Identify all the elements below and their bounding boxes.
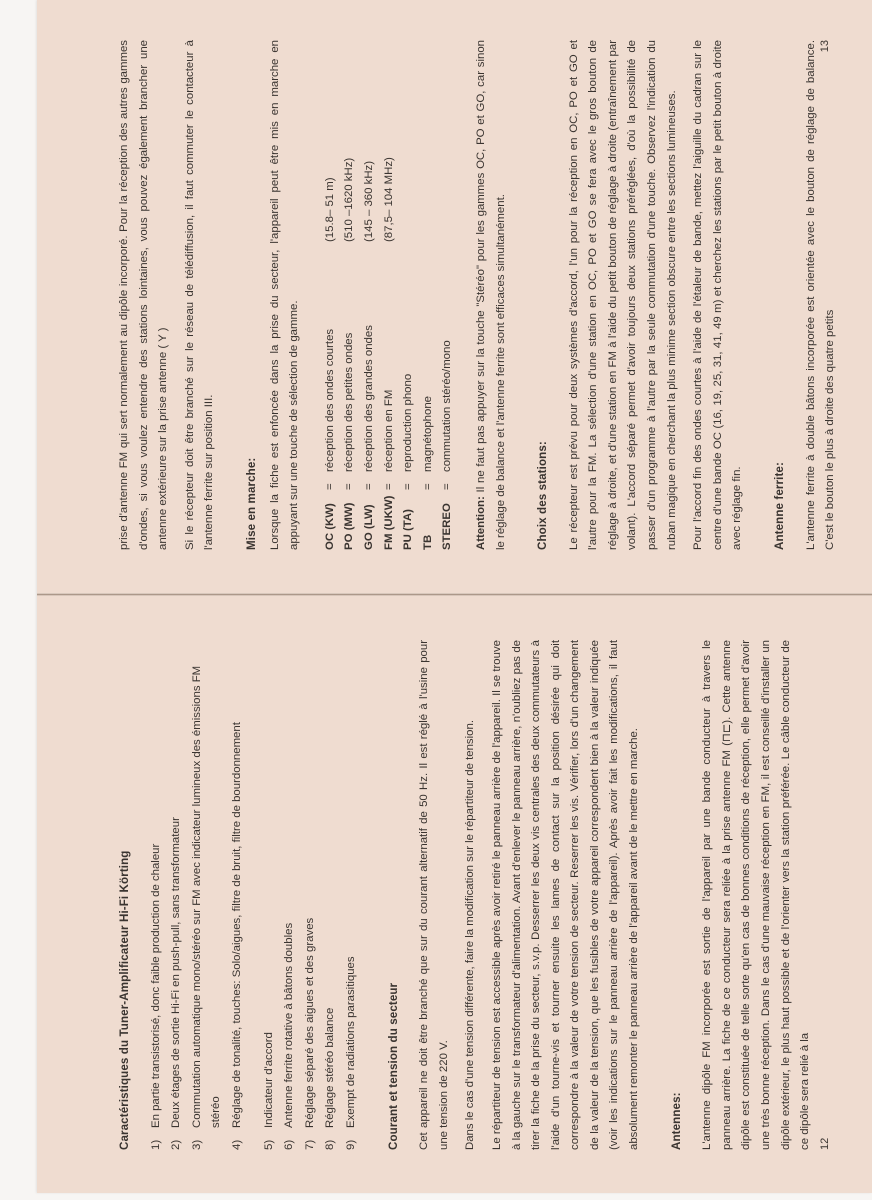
paragraph: Lorsque la fiche est enfoncée dans la pr… [266,40,305,550]
features-heading: Caractéristiques du Tuner-Amplificateur … [115,640,135,1150]
feature-item: 2)Deux étages de sortie Hi-Fi en push-pu… [167,640,187,1150]
feature-item: 5)Indicateur d'accord [260,640,280,1150]
antennas-section: Antennes: L'antenne dipôle FM incorporée… [667,640,816,1150]
page-number: 13 [816,40,836,52]
attention-note: Attention: Il ne faut pas appuyer sur la… [472,40,511,550]
power-on-section: Mise en marche: Lorsque la fiche est enf… [242,40,511,550]
feature-item: 3)Commutation automatique mono/stéréo su… [188,640,227,1150]
mains-heading: Courant et tension du secteur [384,640,404,1150]
ferrite-section: Antenne ferrite: L'antenne ferrite à dou… [770,40,841,550]
power-on-heading: Mise en marche: [242,40,262,550]
feature-item: 1)En partie transistorisé, donc faible p… [147,640,167,1150]
features-list: 1)En partie transistorisé, donc faible p… [147,640,362,1150]
stations-heading: Choix des stations: [533,40,553,550]
band-selector-table: OC (KW)=réception des ondes courtes(15.8… [321,40,458,550]
feature-item: 9)Exempt de radiations parasitiques [342,640,362,1150]
feature-item: 6)Antenne ferrite rotative à bâtons doub… [280,640,300,1150]
antenna-continuation: prise d'antenne FM qui sert normalement … [115,40,220,550]
antennas-heading: Antennes: [667,640,687,1150]
paragraph: Cet appareil ne doit être branché que su… [415,640,454,1150]
band-row: OC (KW)=réception des ondes courtes(15.8… [321,40,341,550]
attention-label: Attention: [475,496,487,550]
paragraph: Le récepteur est prévu pour deux système… [565,40,683,550]
paragraph: prise d'antenne FM qui sert normalement … [115,40,174,550]
paragraph: L'antenne dipôle FM incorporée est sorti… [698,640,816,1150]
page-13: prise d'antenne FM qui sert normalement … [37,0,872,590]
page-12: Caractéristiques du Tuner-Amplificateur … [37,600,872,1190]
feature-item: 7)Réglage séparé des aigues et des grave… [301,640,321,1150]
stations-section: Choix des stations: Le récepteur est pré… [533,40,748,550]
feature-item: 4)Réglage de tonalité, touches: Solo/aig… [228,640,248,1150]
paragraph: Pour l'accord fin des ondes courtes à l'… [689,40,748,550]
mains-section: Courant et tension du secteur Cet appare… [384,640,645,1150]
band-row: PU (TA)=reproduction phono [399,40,419,550]
ferrite-heading: Antenne ferrite: [770,40,790,550]
band-row: PO (MW)=réception des petites ondes(510 … [340,40,360,550]
paragraph: Si le récepteur doit être branché sur le… [181,40,220,550]
paragraph: Le répartiteur de tension est accessible… [488,640,645,1150]
feature-item: 8)Réglage stéréo balance [321,640,341,1150]
page-fold-line [37,593,872,596]
band-row: FM (UKW)=réception en FM(87,5– 104 MHz) [380,40,400,550]
band-row: GO (LW)=réception des grandes ondes(145 … [360,40,380,550]
band-row: TB=magnétophone [419,40,439,550]
page-number: 12 [816,1138,836,1150]
paragraph: L'antenne ferrite à double bâtons incorp… [802,40,841,550]
paragraph: Dans le cas d'une tension différente, fa… [461,640,481,1150]
band-row: STEREO=commutation stéréo/mono [438,40,458,550]
